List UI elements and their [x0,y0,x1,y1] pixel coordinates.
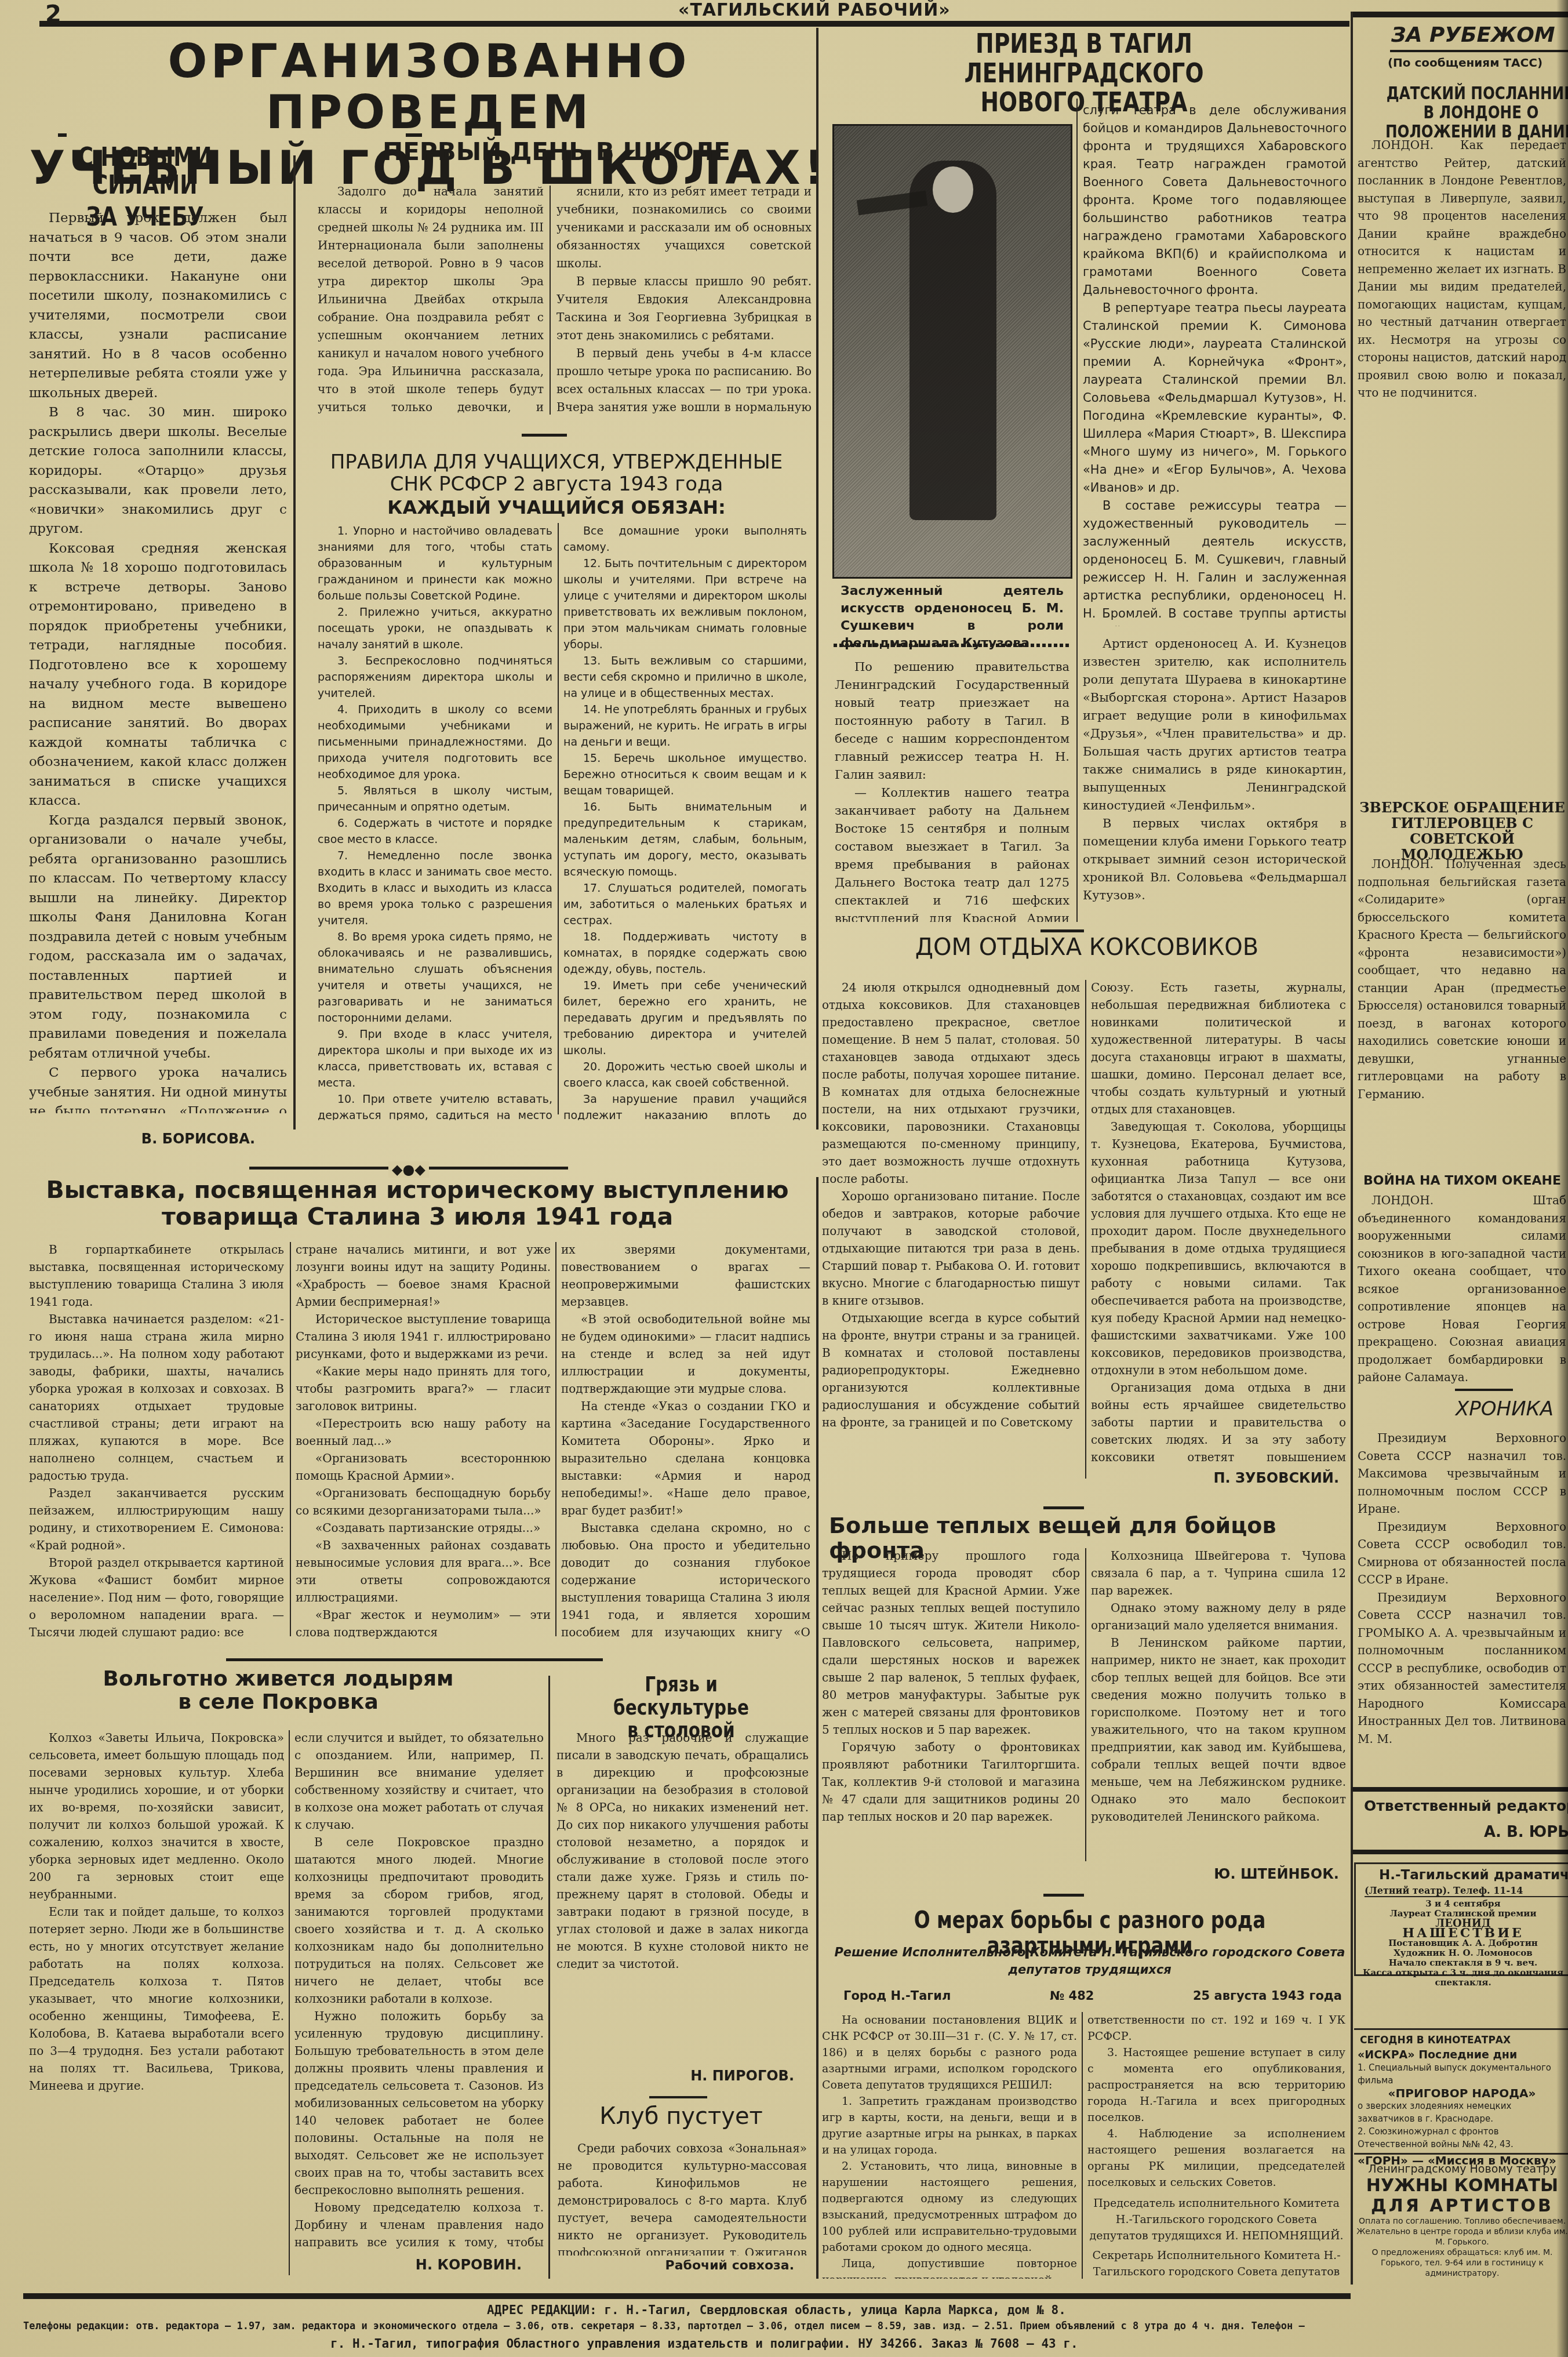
column-rule [558,523,559,1114]
abroad-source: (По сообщениям ТАСС) [1362,56,1568,70]
divider [58,133,67,137]
author-signature: Н. КОРОВИН. [406,2257,522,2273]
actor-figure [909,161,996,520]
main-headline-line1: ОРГАНИЗОВАННО ПРОВЕДЕМ [17,36,841,138]
rooms-ad: Ленинградскому Новому театру НУЖНЫ КОМНА… [1356,2163,1568,2279]
cinema-ad: СЕГОДНЯ В КИНОТЕАТРАХ «ИСКРА» Последние … [1354,2028,1568,2155]
masthead-rule [39,21,1349,27]
column-rule [1351,12,1353,2285]
page-edge-shadow [1556,0,1568,2357]
footer-printer: г. Н.-Тагил, типография Областного управ… [330,2337,1078,2351]
first-day-col1: Задолго до начала занятий классы и корид… [318,183,544,415]
chronicle-title: ХРОНИКА [1356,1397,1554,1421]
idlers-title: Вольготно живется лодырям в селе Покровк… [23,1668,533,1715]
theatre-photo [832,124,1072,579]
article-body-new-strength: Первый урок должен был начаться в 9 часо… [29,209,287,1113]
actor-face [933,166,973,213]
author-signature: Ю. ШТЕЙНБОК. [1188,1866,1339,1882]
idlers-col1: Колхоз «Заветы Ильича, Покровска» сельсо… [29,1729,284,2280]
column-rule [816,1177,818,2279]
author-signature: П. ЗУБОВСКИЙ. [1159,1470,1339,1486]
rules-col1: 1. Упорно и настойчиво овладевать знания… [318,523,552,1120]
exhibition-col3: их зверями документами, повествованием о… [561,1241,810,1641]
column-rule [290,1242,291,1636]
abroad-article-title: ВОЙНА НА ТИХОМ ОКЕАНЕ [1356,1174,1568,1189]
column-rule [1076,99,1078,922]
divider [834,644,1071,647]
divider [1352,1787,1568,1792]
first-day-col2: яснили, кто из ребят имеет тетради и уче… [556,183,812,415]
decision-city: Город Н.-Тагил [843,1989,951,2003]
warm-things-col2: Колхозница Швейгерова т. Чупова связала … [1091,1547,1346,1837]
column-rule [289,1730,290,2275]
rest-home-col2: Союзу. Есть газеты, журналы, небольшая п… [1091,979,1346,1463]
divider [1043,1894,1084,1897]
abroad-section-title: ЗА РУБЕЖОМ [1391,23,1568,47]
footer-phones: Телефоны редакции: отв. редактора — 1.97… [23,2320,1305,2332]
author-signature: Рабочий совхоза. [638,2258,794,2273]
rules-title: ПРАВИЛА ДЛЯ УЧАЩИХСЯ, УТВЕРЖДЕННЫЕ СНК Р… [301,451,812,518]
rules-subtitle: КАЖДЫЙ УЧАЩИЙСЯ ОБЯЗАН: [301,497,812,518]
footer-rule [23,2293,1351,2299]
column-rule [1085,1548,1086,1861]
column-rule [816,28,818,1130]
divider [1455,1389,1513,1391]
divider [1041,929,1084,932]
gambling-col1: На основании постановления ВЦИК и СНК РС… [822,2012,1077,2279]
column-rule [555,1242,556,1636]
ornament-divider: ◆●◆ [249,1158,568,1178]
divider [226,1658,603,1661]
exhibition-col1: В горпарткабинете открылась выставка, по… [29,1241,284,1641]
column-rule [293,155,296,1130]
theatre-ad: Н.-Тагильский драматический театр (Летни… [1354,1862,1568,1976]
gambling-col2: ответственности по ст. 192 и 169 ч. I УК… [1087,2012,1345,2279]
abroad-article-body: ЛОНДОН. Штаб объединенного командования … [1358,1192,1566,1389]
rest-home-col1: 24 июля открылся однодневный дом отдыха … [822,979,1080,1489]
cinema-ad-items: «ИСКРА» Последние дни 1. Специальный вып… [1358,2049,1566,2167]
dirt-body: Много раз рабочие и служащие писали в за… [556,1729,809,2065]
decision-date: 25 августа 1943 года [1193,1989,1342,2003]
masthead-paper-name: «ТАГИЛЬСКИЙ РАБОЧИЙ» [678,0,951,20]
divider [649,2096,707,2098]
gambling-subtitle: Решение Исполнительного Комитета Н.-Таги… [829,1944,1351,1978]
footer-address: АДРЕС РЕДАКЦИИ: г. Н.-Тагил, Свердловска… [487,2303,1066,2317]
rules-col2: Все домашние уроки выполнять самому. 12.… [563,523,807,1120]
editor-name: А. В. ЮРЬЕВ [1484,1824,1568,1841]
masthead-rule-right [1351,12,1568,17]
divider [406,133,422,137]
warm-things-col1: По примеру прошлого года трудящиеся горо… [822,1547,1080,1863]
theatre-ad-lines: 3 и 4 сентября Лауреат Сталинской премии… [1362,1899,1565,1988]
author-signature: В. БОРИСОВА. [133,1131,255,1147]
rest-home-title: ДОМ ОТДЫХА КОКСОВИКОВ [823,935,1351,961]
abroad-article-title: ЗВЕРСКОЕ ОБРАЩЕНИЕ ГИТЛЕРОВЦЕВ С СОВЕТСК… [1356,800,1568,863]
column-rule [550,186,551,415]
author-signature: Н. ПИРОГОВ. [638,2068,794,2084]
exhibition-col2: стране начались митинги, и вот уже лозун… [296,1241,551,1641]
theatre-right-col-top: слуги театра в деле обслуживания бойцов … [1083,101,1347,626]
divider [1352,1850,1568,1854]
abroad-article-title: ДАТСКИЙ ПОСЛАННИК В ЛОНДОНЕ О ПОЛОЖЕНИИ … [1379,84,1568,141]
cinema-ad-header: СЕГОДНЯ В КИНОТЕАТРАХ [1360,2035,1568,2046]
theatre-ad-subtitle: (Летний театр). Телеф. 11-14 [1365,1885,1568,1897]
column-rule [548,1676,550,2279]
abroad-article-body: ЛОНДОН. Как передает агентство Рейтер, д… [1358,136,1566,791]
club-title: Клуб пустует [554,2104,809,2130]
idlers-col2: если случится и выйдет, то обязательно с… [294,1729,544,2254]
decision-number: № 482 [1050,1989,1094,2003]
abroad-article-body: ЛОНДОН. Полученная здесь подпольная бель… [1358,855,1566,1157]
divider [1390,50,1568,52]
theatre-ad-title: Н.-Тагильский драматический театр [1379,1868,1568,1883]
divider [1043,1506,1084,1509]
theatre-col-right: Артист орденоносец А. И. Кузнецов извест… [1083,635,1347,925]
column-rule [1082,2012,1083,2279]
column-rule [1085,980,1086,1479]
club-body: Среди рабочих совхоза «Зональная» не про… [558,2140,807,2256]
decision-meta: Город Н.-Тагил № 482 25 августа 1943 год… [843,1989,1342,2003]
divider [522,434,567,437]
article-title: ПЕРВЫЙ ДЕНЬ В ШКОЛЕ [301,138,812,165]
theatre-col-left: По решению правительства Ленинградский Г… [835,658,1069,922]
chronicle-body: Президиум Верховного Совета СССР назначи… [1358,1429,1566,1771]
exhibition-title: Выставка, посвященная историческому выст… [23,1177,812,1230]
editor-label: Ответственный редактор [1356,1797,1568,1814]
photo-caption: Заслуженный деятель искусств орденоносец… [841,583,1064,652]
